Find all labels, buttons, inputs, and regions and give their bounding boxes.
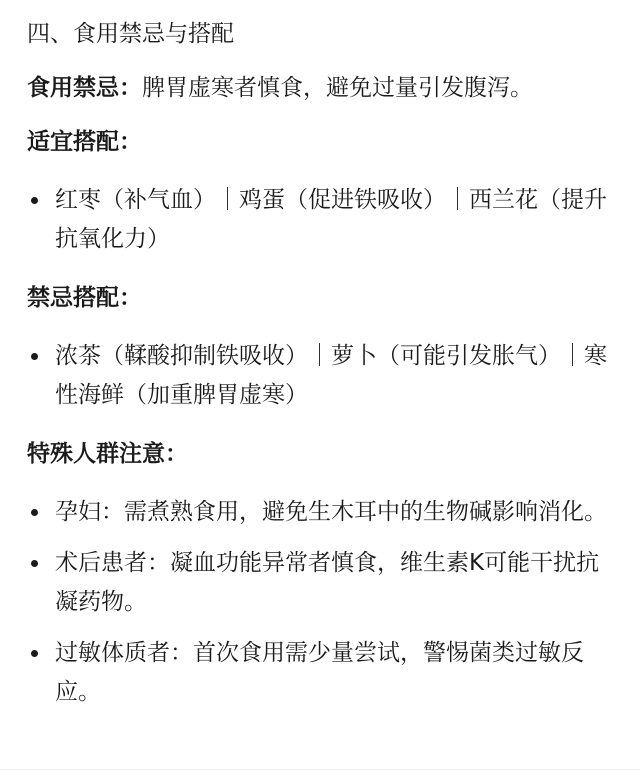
bullet-icon	[31, 197, 38, 204]
special-groups-label: 特殊人群注意：	[27, 434, 617, 474]
taboo-label: 食用禁忌：	[27, 75, 142, 101]
bullet-icon	[31, 353, 38, 360]
section-title: 四、食用禁忌与搭配	[27, 14, 617, 54]
suitable-label: 适宜搭配：	[27, 122, 617, 162]
document-content: 四、食用禁忌与搭配 食用禁忌：脾胃虚寒者慎食，避免过量引发腹泻。 适宜搭配： 红…	[27, 14, 617, 712]
list-item: 浓茶（鞣酸抑制铁吸收）｜萝卜（可能引发胀气）｜寒性海鲜（加重脾胃虚寒）	[27, 337, 617, 415]
bullet-icon	[31, 509, 38, 516]
list-item: 过敏体质者：首次食用需少量尝试，警惕菌类过敏反应。	[27, 634, 617, 712]
suitable-list: 红枣（补气血）｜鸡蛋（促进铁吸收）｜西兰花（提升抗氧化力）	[27, 181, 617, 259]
list-item: 术后患者：凝血功能异常者慎食，维生素K可能干扰抗凝药物。	[27, 544, 617, 622]
forbidden-label: 禁忌搭配：	[27, 278, 617, 318]
divider	[0, 769, 640, 770]
special-groups-list: 孕妇：需煮熟食用，避免生木耳中的生物碱影响消化。 术后患者：凝血功能异常者慎食，…	[27, 493, 617, 712]
bullet-icon	[31, 650, 38, 657]
list-item: 孕妇：需煮熟食用，避免生木耳中的生物碱影响消化。	[27, 493, 617, 532]
taboo-paragraph: 食用禁忌：脾胃虚寒者慎食，避免过量引发腹泻。	[27, 68, 617, 108]
forbidden-list: 浓茶（鞣酸抑制铁吸收）｜萝卜（可能引发胀气）｜寒性海鲜（加重脾胃虚寒）	[27, 337, 617, 415]
taboo-text: 脾胃虚寒者慎食，避免过量引发腹泻。	[142, 75, 533, 101]
list-item: 红枣（补气血）｜鸡蛋（促进铁吸收）｜西兰花（提升抗氧化力）	[27, 181, 617, 259]
bullet-icon	[31, 560, 38, 567]
